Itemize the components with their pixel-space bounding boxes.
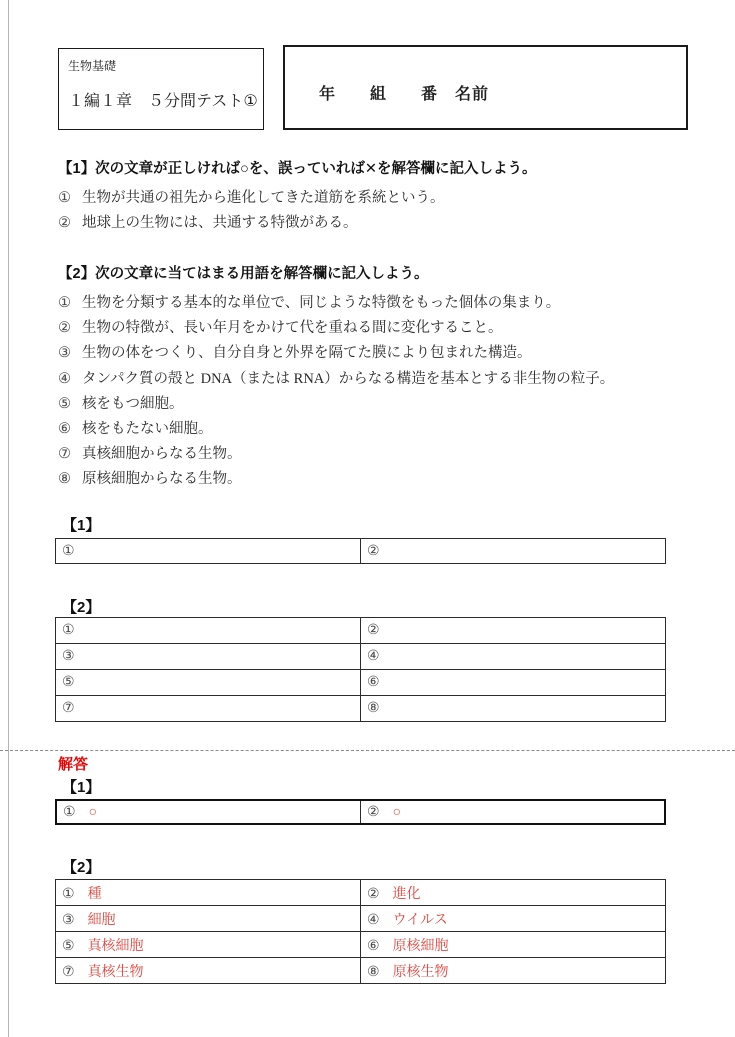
answer-cell: ④ウイルス <box>361 906 666 932</box>
item-text: 生物が共通の祖先から進化してきた道筋を系統という。 <box>82 190 445 206</box>
answer-cell: ⑥原核細胞 <box>361 932 666 958</box>
item-number: ② <box>58 215 71 231</box>
item-number: ② <box>58 320 71 336</box>
cell-number: ⑦ <box>62 965 75 980</box>
answer-value: 原核生物 <box>393 965 449 980</box>
cell-number: ⑥ <box>367 939 380 954</box>
section-1-heading: 【1】次の文章が正しければ○を、誤っていれば✕を解答欄に記入しよう。 <box>58 157 706 178</box>
answer-cell-blank: ② <box>361 618 666 644</box>
cell-number: ⑧ <box>367 701 380 716</box>
cell-number: ④ <box>367 649 380 664</box>
item-number: ⑧ <box>58 471 71 487</box>
cell-number: ⑥ <box>367 675 380 690</box>
item-number: ⑤ <box>58 396 71 412</box>
question-item: ⑥核をもたない細胞。 <box>58 417 706 442</box>
item-text: 生物を分類する基本的な単位で、同じような特徴をもった個体の集まり。 <box>82 295 560 311</box>
section-2-heading: 【2】次の文章に当てはまる用語を解答欄に記入しよう。 <box>58 262 706 283</box>
blank-table-2-label: 【2】 <box>62 596 100 617</box>
table-row: ① ② <box>56 539 666 564</box>
question-item: ①生物が共通の祖先から進化してきた道筋を系統という。 <box>58 186 706 211</box>
test-title-box: 生物基礎 １編１章 ５分間テスト① <box>58 48 264 130</box>
answer-key-title: 解答 <box>58 753 88 774</box>
answer-cell: ⑤真核細胞 <box>56 932 361 958</box>
answer-cell: ③細胞 <box>56 906 361 932</box>
answer-cell: ①○ <box>56 800 361 824</box>
cell-number: ⑤ <box>62 675 75 690</box>
question-section-2: 【2】次の文章に当てはまる用語を解答欄に記入しよう。 ①生物を分類する基本的な単… <box>58 262 706 493</box>
item-number: ⑥ <box>58 421 71 437</box>
item-text: 核をもつ細胞。 <box>82 396 184 412</box>
answer-cell: ②進化 <box>361 880 666 906</box>
item-number: ① <box>58 295 71 311</box>
answer-value: ○ <box>89 805 97 820</box>
subject-label: 生物基礎 <box>59 49 263 74</box>
answer-cell-blank: ④ <box>361 644 666 670</box>
table-row: ⑤真核細胞 ⑥原核細胞 <box>56 932 666 958</box>
question-item: ⑤核をもつ細胞。 <box>58 392 706 417</box>
answer-cell-blank: ⑤ <box>56 670 361 696</box>
table-row: ⑦真核生物 ⑧原核生物 <box>56 958 666 984</box>
answer-value: 進化 <box>393 887 421 902</box>
item-number: ⑦ <box>58 446 71 462</box>
question-item: ⑦真核細胞からなる生物。 <box>58 442 706 467</box>
cut-line-divider <box>0 750 735 751</box>
answer-value: 真核細胞 <box>88 939 144 954</box>
cell-number: ② <box>367 623 380 638</box>
answer-value: 原核細胞 <box>393 939 449 954</box>
table-row: ⑦ ⑧ <box>56 696 666 722</box>
answer-value: 細胞 <box>88 913 116 928</box>
answer-cell: ⑦真核生物 <box>56 958 361 984</box>
question-item: ⑧原核細胞からなる生物。 <box>58 467 706 492</box>
answer-key-table-2: ①種 ②進化 ③細胞 ④ウイルス ⑤真核細胞 ⑥原核細胞 ⑦真核生物 ⑧原核生物 <box>55 879 666 984</box>
cell-number: ③ <box>62 649 75 664</box>
item-text: 生物の特徴が、長い年月をかけて代を重ねる間に変化すること。 <box>82 320 503 336</box>
table-row: ⑤ ⑥ <box>56 670 666 696</box>
item-text: タンパク質の殻と DNA（または RNA）からなる構造を基本とする非生物の粒子。 <box>82 371 614 387</box>
cell-number: ⑤ <box>62 939 75 954</box>
cell-number: ③ <box>62 913 75 928</box>
question-item: ③生物の体をつくり、自分自身と外界を隔てた膜により包まれた構造。 <box>58 341 706 366</box>
answer-key-table-1: ①○ ②○ <box>55 799 666 825</box>
item-text: 生物の体をつくり、自分自身と外界を隔てた膜により包まれた構造。 <box>82 345 532 361</box>
cell-number: ② <box>367 805 380 820</box>
table-row: ③細胞 ④ウイルス <box>56 906 666 932</box>
test-title: １編１章 ５分間テスト① <box>59 74 263 111</box>
item-text: 原核細胞からなる生物。 <box>82 471 242 487</box>
answer-cell: ①種 <box>56 880 361 906</box>
answer-cell-blank: ⑥ <box>361 670 666 696</box>
answer-value: 真核生物 <box>88 965 144 980</box>
item-text: 地球上の生物には、共通する特徴がある。 <box>82 215 358 231</box>
answer-cell-blank: ① <box>56 539 361 564</box>
item-number: ① <box>58 190 71 206</box>
answer-cell-blank: ⑦ <box>56 696 361 722</box>
name-fields-label: 年 組 番 名前 <box>285 47 686 104</box>
student-name-box: 年 組 番 名前 <box>283 45 688 130</box>
item-number: ④ <box>58 371 71 387</box>
cell-number: ⑦ <box>62 701 75 716</box>
item-text: 核をもたない細胞。 <box>82 421 213 437</box>
table-row: ①種 ②進化 <box>56 880 666 906</box>
worksheet-page: 生物基礎 １編１章 ５分間テスト① 年 組 番 名前 【1】次の文章が正しければ… <box>0 0 735 1037</box>
cell-number: ② <box>367 544 380 559</box>
item-text: 真核細胞からなる生物。 <box>82 446 242 462</box>
answer-key-table-1-label: 【1】 <box>62 776 100 797</box>
table-row: ③ ④ <box>56 644 666 670</box>
answer-cell-blank: ② <box>361 539 666 564</box>
answer-value: ○ <box>393 805 401 820</box>
answer-cell: ⑧原核生物 <box>361 958 666 984</box>
answer-cell-blank: ⑧ <box>361 696 666 722</box>
answer-cell-blank: ① <box>56 618 361 644</box>
question-section-1: 【1】次の文章が正しければ○を、誤っていれば✕を解答欄に記入しよう。 ①生物が共… <box>58 157 706 236</box>
cell-number: ④ <box>367 913 380 928</box>
blank-answer-table-1: ① ② <box>55 538 666 564</box>
blank-answer-table-2: ① ② ③ ④ ⑤ ⑥ ⑦ ⑧ <box>55 617 666 722</box>
table-row: ①○ ②○ <box>56 800 665 824</box>
cell-number: ① <box>62 544 75 559</box>
item-number: ③ <box>58 345 71 361</box>
answer-value: ウイルス <box>393 913 448 928</box>
question-item: ②生物の特徴が、長い年月をかけて代を重ねる間に変化すること。 <box>58 316 706 341</box>
cell-number: ① <box>62 887 75 902</box>
answer-cell: ②○ <box>361 800 666 824</box>
question-item: ①生物を分類する基本的な単位で、同じような特徴をもった個体の集まり。 <box>58 291 706 316</box>
page-margin-rule <box>8 0 9 1037</box>
cell-number: ① <box>63 805 76 820</box>
blank-table-1-label: 【1】 <box>62 514 100 535</box>
answer-key-table-2-label: 【2】 <box>62 856 100 877</box>
question-item: ②地球上の生物には、共通する特徴がある。 <box>58 211 706 236</box>
answer-value: 種 <box>88 887 102 902</box>
question-item: ④タンパク質の殻と DNA（または RNA）からなる構造を基本とする非生物の粒子… <box>58 367 706 392</box>
answer-cell-blank: ③ <box>56 644 361 670</box>
table-row: ① ② <box>56 618 666 644</box>
cell-number: ① <box>62 623 75 638</box>
cell-number: ② <box>367 887 380 902</box>
cell-number: ⑧ <box>367 965 380 980</box>
